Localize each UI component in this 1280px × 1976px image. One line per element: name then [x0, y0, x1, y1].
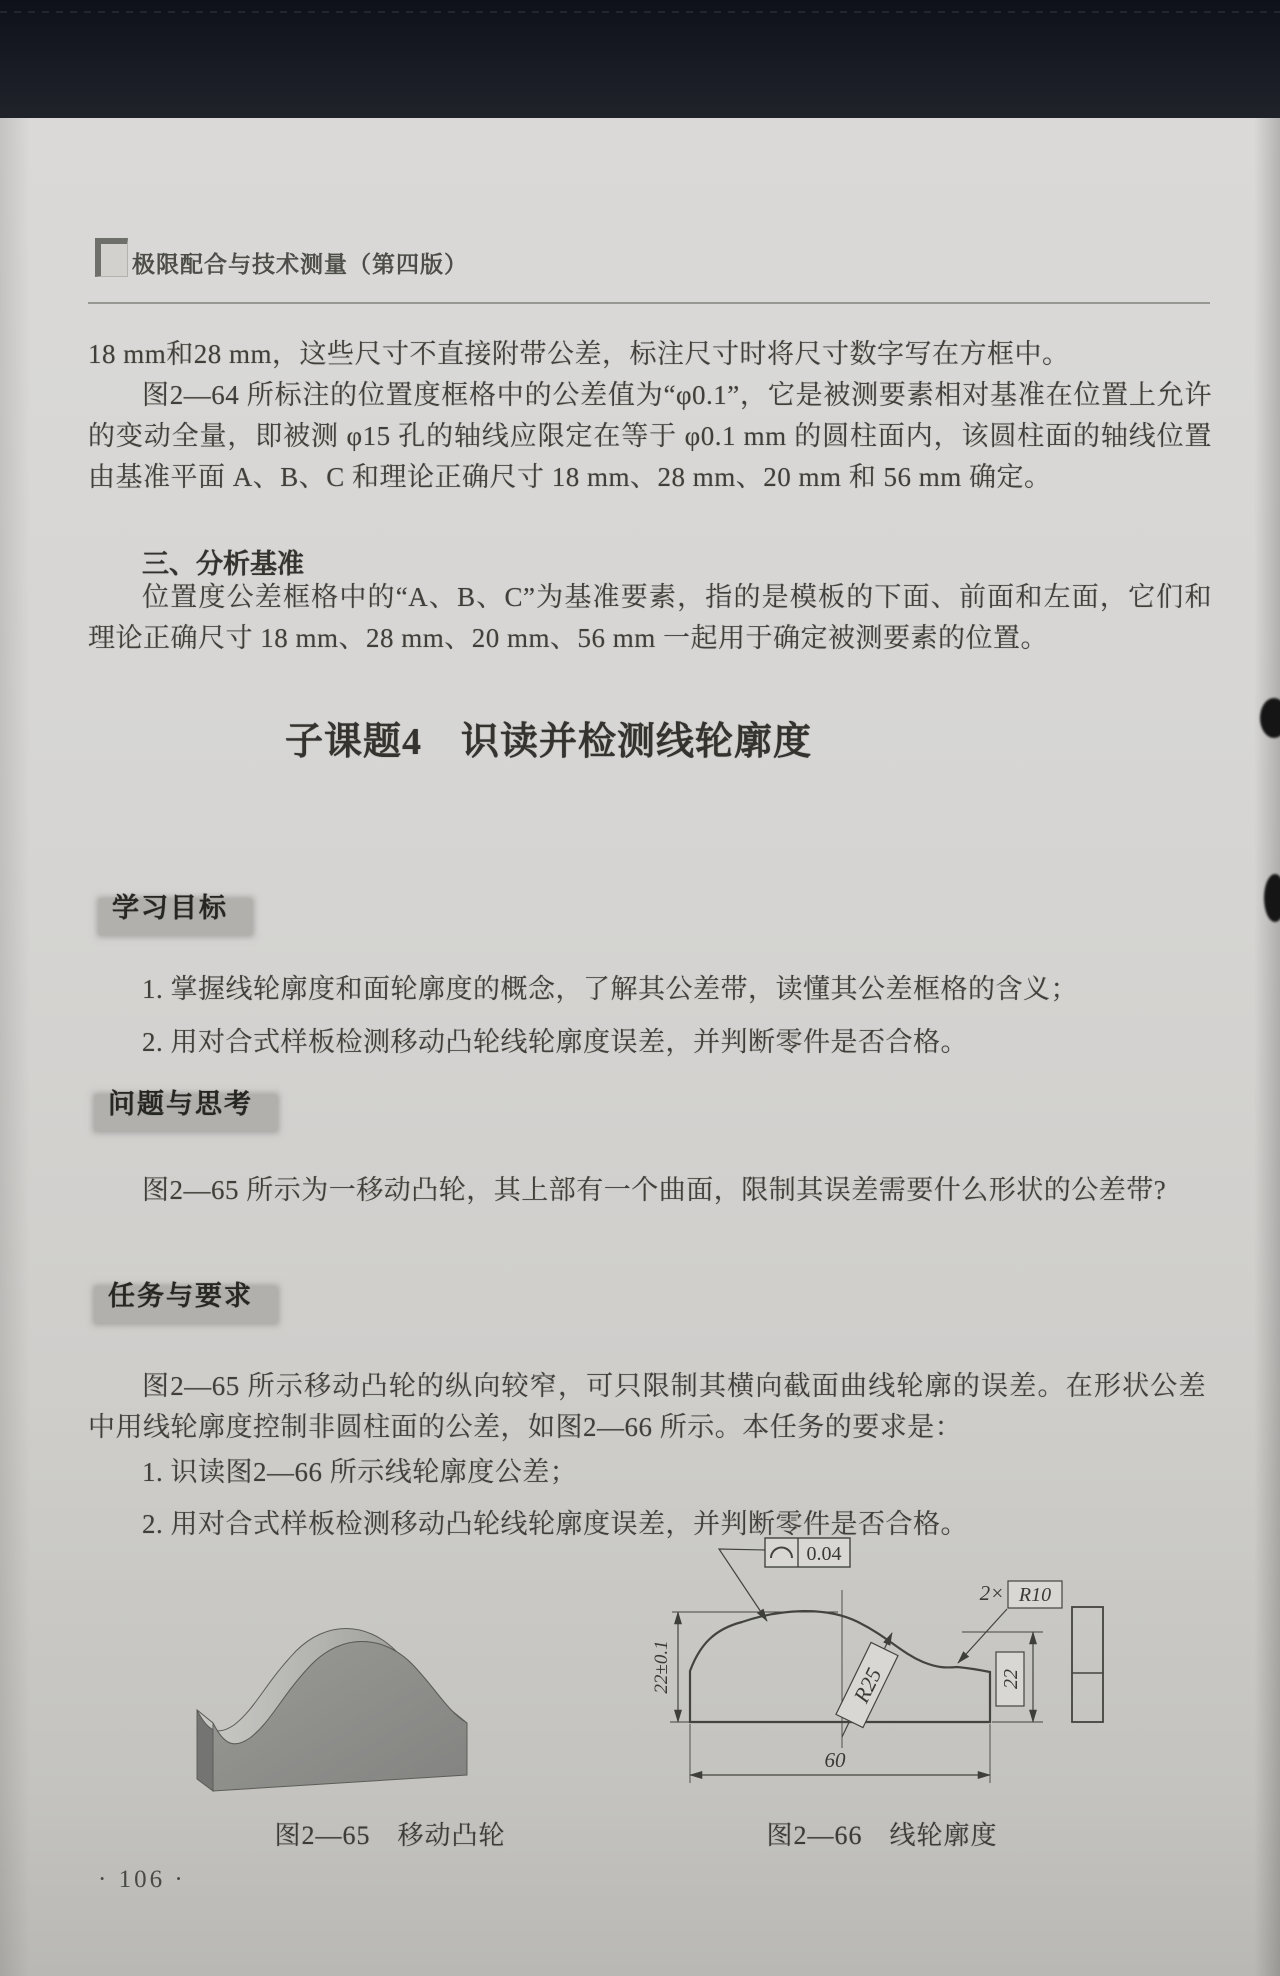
paragraph: 图2—65 所示移动凸轮的纵向较窄，可只限制其横向截面曲线轮廓的误差。在形状公差…	[88, 1366, 1206, 1448]
figure-2-66-caption: 图2—66 线轮廓度	[742, 1815, 1022, 1852]
scan-artifact-blob	[1260, 698, 1280, 738]
heading-analyze-datum: 三、分析基准	[142, 542, 304, 581]
section-label-objectives: 学习目标	[112, 886, 228, 925]
list-item: 1. 掌握线轮廓度和面轮廓度的概念，了解其公差带，读懂其公差框格的含义；	[142, 969, 1222, 1010]
figure-2-65-cam-illustration	[150, 1615, 490, 1805]
section-label-questions: 问题与思考	[108, 1082, 253, 1121]
page-number: · 106 ·	[98, 1866, 186, 1894]
r25-label-box: R25	[836, 1642, 898, 1727]
count-label: 2×	[980, 1581, 1005, 1605]
section-label-tasks: 任务与要求	[108, 1274, 253, 1313]
tolerance-value: 0.04	[807, 1543, 842, 1565]
header-rule	[88, 302, 1210, 304]
cam-side-view	[1072, 1607, 1103, 1722]
height-dimension-label: 22±0.1	[651, 1640, 672, 1693]
paragraph: 图2—64 所标注的位置度框格中的公差值为“φ0.1”，它是被测要素相对基准在位…	[88, 375, 1212, 498]
objectives-list: 1. 掌握线轮廓度和面轮廓度的概念，了解其公差带，读懂其公差框格的含义； 2. …	[142, 969, 1222, 1075]
figure-2-65-caption: 图2—65 移动凸轮	[250, 1815, 530, 1852]
figure-2-66-profile-drawing: R25 0.04 2× R10 22±0.1 22 60	[630, 1530, 1120, 1800]
intro-paragraphs: 18 mm和28 mm，这些尺寸不直接附带公差，标注尺寸时将尺寸数字写在方框中。…	[88, 334, 1212, 498]
fabric-texture-line	[0, 11, 1280, 13]
width-dimension-label: 60	[825, 1748, 847, 1772]
list-item: 2. 用对合式样板检测移动凸轮线轮廓度误差，并判断零件是否合格。	[142, 1022, 1222, 1063]
paragraph: 图2—65 所示为一移动凸轮，其上部有一个曲面，限制其误差需要什么形状的公差带?	[88, 1170, 1183, 1211]
paragraph: 位置度公差框格中的“A、B、C”为基准要素，指的是模板的下面、前面和左面，它们和…	[88, 577, 1212, 659]
scan-artifact-blob	[1264, 874, 1280, 922]
subtopic-title: 子课题4 识读并检测线轮廓度	[285, 710, 1005, 765]
list-item: 1. 识读图2—66 所示线轮廓度公差；	[142, 1452, 1222, 1493]
r10-label: R10	[1018, 1584, 1051, 1606]
scan-background-band	[0, 0, 1280, 120]
tolerance-leader-line	[719, 1549, 767, 1621]
chapter-corner-icon	[95, 238, 128, 277]
paragraph: 18 mm和28 mm，这些尺寸不直接附带公差，标注尺寸时将尺寸数字写在方框中。	[88, 334, 1212, 375]
book-header-title: 极限配合与技术测量（第四版）	[132, 246, 468, 279]
book-page: 极限配合与技术测量（第四版） 18 mm和28 mm，这些尺寸不直接附带公差，标…	[0, 118, 1280, 1976]
right-height-dimension-label: 22	[1000, 1669, 1022, 1689]
